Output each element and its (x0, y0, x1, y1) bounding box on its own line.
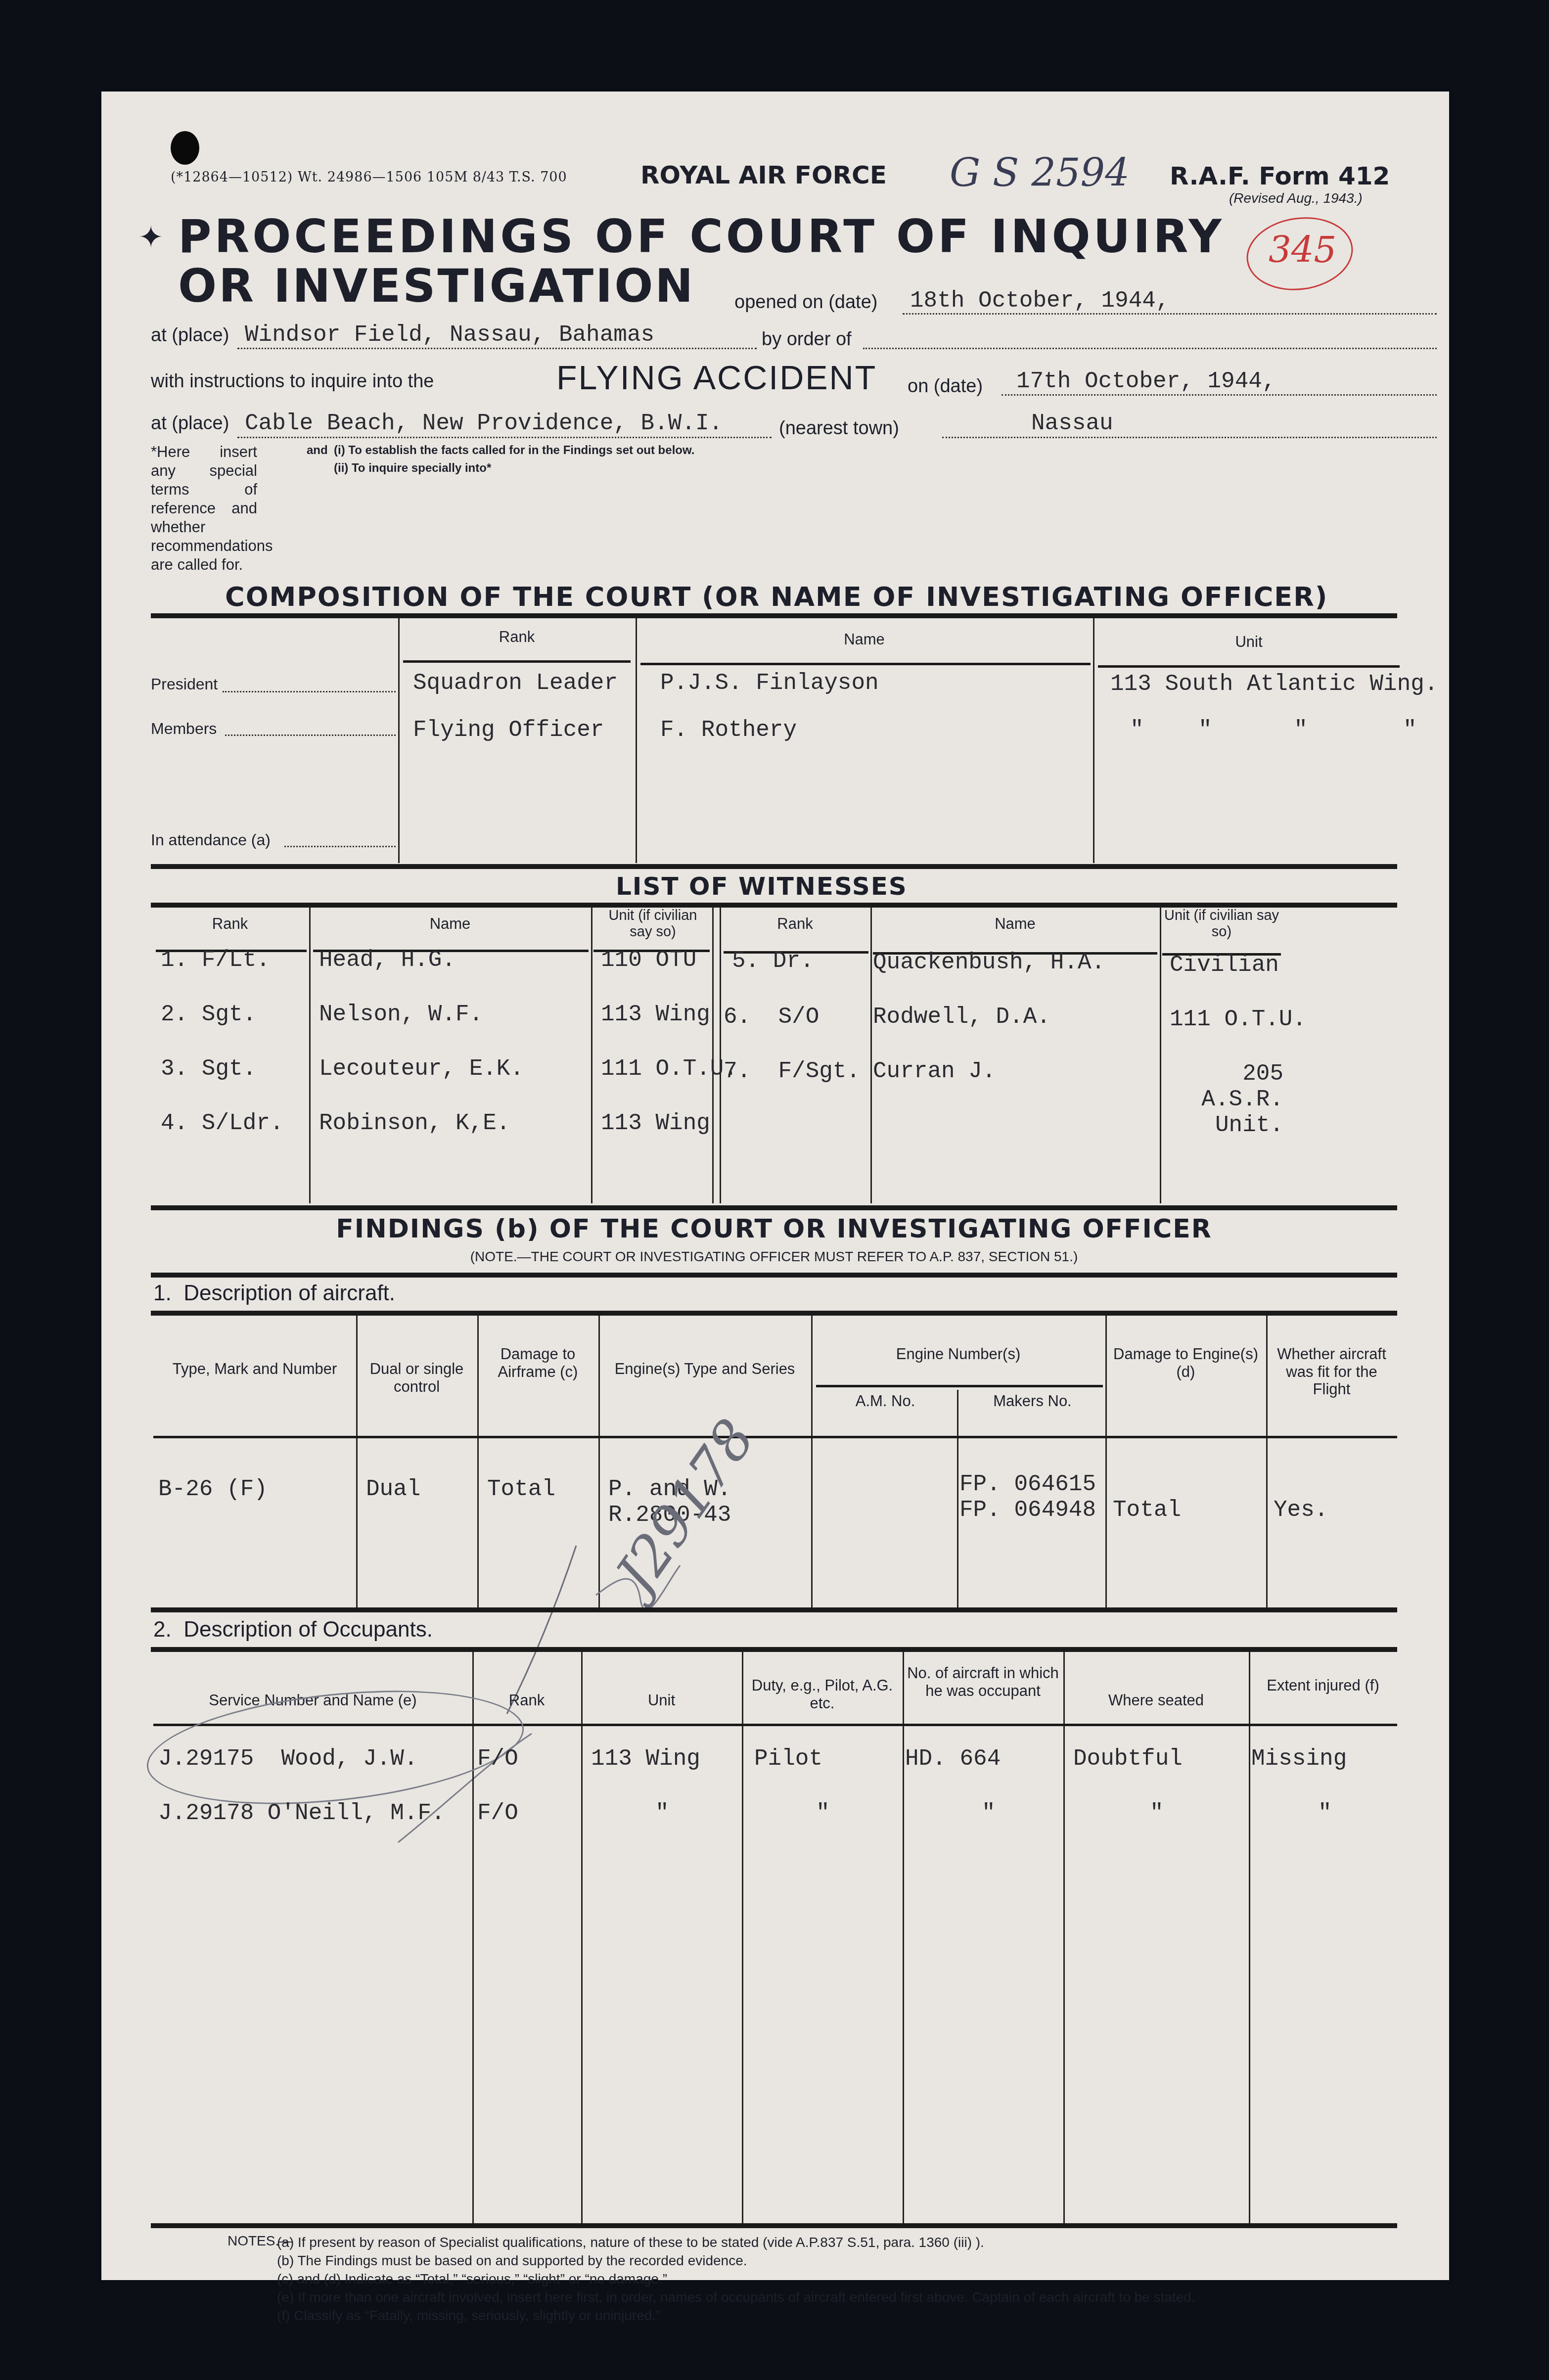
findings-rule (151, 1273, 1397, 1278)
findings-note: (NOTE.—THE COURT OR INVESTIGATING OFFICE… (151, 1249, 1397, 1265)
aircraft-header-rule (151, 1311, 1397, 1316)
witness-col-name: Name (312, 915, 589, 933)
occupant-1-injured: Missing (1251, 1746, 1347, 1772)
form-number: R.A.F. Form 412 (1170, 162, 1390, 190)
col-am-no: A.M. No. (814, 1392, 957, 1410)
occupant-2-aircraft: " (982, 1800, 996, 1826)
col-divider (1105, 1316, 1107, 1607)
witness-6-name: Rodwell, D.A. (873, 1004, 1050, 1030)
special-terms-note: *Here insert any special terms of refere… (151, 443, 257, 574)
members-line (225, 734, 396, 736)
notes-top-rule (151, 2223, 1397, 2228)
occupant-1-duty: Pilot (754, 1746, 822, 1772)
col-divider (957, 1390, 958, 1607)
makers-no-2: FP. 064948 (959, 1497, 1096, 1523)
composition-col-rank: Rank (401, 628, 633, 646)
col-divider (903, 1652, 904, 2223)
term-ii: (ii) To inquire specially into* (334, 461, 491, 475)
form-title-line2: OR INVESTIGATION (178, 260, 695, 313)
col-divider (581, 1652, 583, 2223)
occupant-2-rank: F/O (477, 1800, 518, 1826)
accident-place-label: at (place) (151, 413, 229, 434)
witness-7-rank: 7. F/Sgt. (724, 1058, 860, 1084)
col-airframe-damage: Damage to Airframe (c) (480, 1345, 596, 1380)
witness-col-name-2: Name (873, 915, 1157, 933)
on-date-line (1002, 394, 1437, 396)
nearest-town-label: (nearest town) (779, 418, 899, 439)
occupant-1-aircraft: HD. 664 (905, 1746, 1001, 1772)
occupants-section-title: 2. Description of Occupants. (153, 1617, 433, 1642)
notes-list: (a) If present by reason of Specialist q… (277, 2233, 1365, 2325)
witness-5-rank: 5. Dr. (732, 948, 814, 974)
witness-col-rank: Rank (156, 915, 304, 933)
witness-1-unit: 110 OTU (601, 947, 696, 973)
composition-col-unit: Unit (1095, 633, 1402, 651)
occupant-1-service: J.29175 Wood, J.W. (158, 1746, 418, 1772)
members-label: Members (151, 720, 217, 738)
occ-col-duty: Duty, e.g., Pilot, A.G. etc. (744, 1677, 900, 1712)
accident-place-value: Cable Beach, New Providence, B.W.I. (245, 411, 723, 436)
col-divider (1249, 1652, 1250, 2223)
at-place-value: Windsor Field, Nassau, Bahamas (245, 322, 654, 348)
member-unit: " " " " (1130, 717, 1417, 743)
occupant-2-seated: " (1150, 1800, 1164, 1826)
instructions-label: with instructions to inquire into the (151, 371, 434, 392)
witness-7-name: Curran J. (873, 1058, 996, 1084)
occupant-2-service: J.29178 O'Neill, M.F. (158, 1800, 445, 1826)
occupant-2-injured: " (1318, 1800, 1332, 1826)
president-name: P.J.S. Finlayson (660, 670, 879, 696)
witness-2-rank: 2. Sgt. (161, 1002, 256, 1027)
by-order-line (863, 348, 1437, 349)
col-divider (1266, 1316, 1268, 1607)
col-divider (720, 907, 721, 1203)
red-circled-number: 345 (1269, 229, 1336, 271)
at-place-label: at (place) (151, 325, 229, 346)
witness-2-unit: 113 Wing (601, 1002, 710, 1027)
note-a: (a) If present by reason of Specialist q… (277, 2233, 1365, 2251)
president-rank: Squadron Leader (413, 670, 618, 696)
occupant-1-rank: F/O (477, 1746, 518, 1772)
aircraft-fit: Yes. (1274, 1497, 1328, 1523)
composition-title: COMPOSITION OF THE COURT (OR NAME OF INV… (225, 581, 1328, 612)
occ-col-seated: Where seated (1066, 1692, 1246, 1709)
col-divider (1160, 907, 1161, 1203)
engine-numbers-underline (816, 1385, 1103, 1387)
witness-col-unit: Unit (if civilian say so) (596, 908, 710, 941)
col-divider (870, 907, 872, 1203)
col-divider (636, 618, 637, 863)
in-attendance-line (284, 846, 396, 847)
witness-4-name: Robinson, K,E. (319, 1110, 510, 1136)
witness-col-rank-2: Rank (722, 915, 868, 933)
col-divider (811, 1316, 813, 1607)
occupant-1-unit: 113 Wing (591, 1746, 700, 1772)
findings-title: FINDINGS (b) OF THE COURT OR INVESTIGATI… (151, 1214, 1397, 1244)
witness-3-unit: 111 O.T.U. (601, 1056, 737, 1082)
witness-3-name: Lecouteur, E.K. (319, 1056, 524, 1082)
witness-4-rank: 4. S/Ldr. (161, 1110, 283, 1136)
col-dual-single: Dual or single control (359, 1360, 475, 1395)
aircraft-header-underline (153, 1436, 1397, 1438)
form-revision: (Revised Aug., 1943.) (1229, 190, 1363, 206)
witness-6-unit: 111 O.T.U. (1170, 1007, 1306, 1032)
findings-top-rule (151, 1205, 1397, 1210)
occ-col-unit: Unit (584, 1692, 739, 1709)
witness-6-rank: 6. S/O (724, 1004, 819, 1030)
president-line (223, 691, 396, 692)
occupants-top-rule (151, 1607, 1397, 1612)
witness-col-unit-2: Unit (if civilian say so) (1162, 908, 1281, 941)
occ-col-injured: Extent injured (f) (1251, 1677, 1395, 1694)
nearest-town-value: Nassau (1031, 411, 1113, 436)
witness-7-unit: 205 A.S.R. Unit. (1170, 1061, 1283, 1138)
occupant-2-duty: " (816, 1800, 830, 1826)
witnesses-title: LIST OF WITNESSES (616, 872, 908, 901)
col-engine-damage: Damage to Engine(s) (d) (1108, 1345, 1264, 1380)
on-date-label: on (date) (908, 376, 983, 397)
print-code: (*12864—10512) Wt. 24986—1506 105M 8/43 … (171, 170, 567, 185)
note-e: (e) If more than one aircraft involved, … (277, 2288, 1365, 2306)
col-divider (1093, 618, 1094, 863)
note-c-d: (c) and (d) Indicate as “Total,” “seriou… (277, 2270, 1365, 2288)
opened-on-label: opened on (date) (734, 292, 877, 313)
aircraft-airframe-damage: Total (487, 1476, 555, 1502)
witness-5-name: Quackenbush, H.A. (873, 950, 1105, 975)
note-b: (b) The Findings must be based on and su… (277, 2251, 1365, 2270)
header-underline (640, 663, 1091, 665)
witness-1-rank: 1. F/Lt. (161, 947, 270, 973)
engine-damage: Total (1113, 1497, 1181, 1523)
form-page: (*12864—10512) Wt. 24986—1506 105M 8/43 … (101, 92, 1449, 2280)
nearest-town-line (942, 437, 1437, 438)
aircraft-control: Dual (366, 1476, 420, 1502)
witness-5-unit: Civilian (1170, 952, 1279, 978)
witnesses-top-rule (151, 864, 1397, 869)
col-makers-no: Makers No. (959, 1392, 1105, 1410)
witness-4-unit: 113 Wing (601, 1110, 710, 1136)
president-unit: 113 South Atlantic Wing. (1110, 671, 1438, 697)
col-divider (712, 907, 714, 1203)
col-engine-numbers: Engine Number(s) (814, 1345, 1103, 1363)
service-name: ROYAL AIR FORCE (640, 161, 887, 189)
and-label: and (307, 444, 328, 458)
president-label: President (151, 675, 218, 693)
composition-col-name: Name (638, 631, 1091, 648)
star-icon: ✦ (138, 220, 163, 255)
punch-hole (171, 131, 199, 165)
on-date-value: 17th October, 1944, (1016, 368, 1276, 394)
accident-type: FLYING ACCIDENT (556, 359, 877, 397)
aircraft-type: B-26 (F) (158, 1476, 268, 1502)
handwritten-reference: G S 2594 (950, 151, 1130, 195)
header-underline (1098, 665, 1400, 668)
occupants-header-rule (151, 1647, 1397, 1652)
term-i: (i) To establish the facts called for in… (334, 444, 694, 458)
col-fit-for-flight: Whether aircraft was fit for the Flight (1269, 1345, 1395, 1398)
occ-col-aircraft: No. of aircraft in which he was occupant (905, 1664, 1061, 1699)
col-divider (398, 618, 400, 863)
opened-on-value: 18th October, 1944, (910, 288, 1170, 314)
witness-3-rank: 3. Sgt. (161, 1056, 256, 1082)
form-title-line1: PROCEEDINGS OF COURT OF INQUIRY (178, 210, 1225, 263)
by-order-label: by order of (762, 329, 852, 350)
col-divider (742, 1652, 743, 2223)
col-engine-type: Engine(s) Type and Series (601, 1360, 809, 1378)
col-type-mark: Type, Mark and Number (156, 1360, 354, 1378)
at-place-line (237, 348, 757, 349)
accident-place-line (237, 437, 772, 438)
col-divider (309, 907, 311, 1203)
col-divider (591, 907, 592, 1203)
composition-top-rule (151, 613, 1397, 618)
occupant-1-seated: Doubtful (1073, 1746, 1183, 1772)
in-attendance-label: In attendance (a) (151, 831, 271, 849)
witness-2-name: Nelson, W.F. (319, 1002, 483, 1027)
witness-1-name: Head, H.G. (319, 947, 456, 973)
occupant-2-unit: " (655, 1800, 669, 1826)
member-rank: Flying Officer (413, 717, 604, 743)
header-underline (403, 660, 631, 663)
note-f: (f) Classify as “Fatally, missing, serio… (277, 2306, 1365, 2325)
col-divider (1063, 1652, 1065, 2223)
makers-no-1: FP. 064615 (959, 1471, 1096, 1497)
witnesses-header-rule (151, 903, 1397, 908)
member-name: F. Rothery (660, 717, 797, 743)
aircraft-section-title: 1. Description of aircraft. (153, 1281, 395, 1306)
